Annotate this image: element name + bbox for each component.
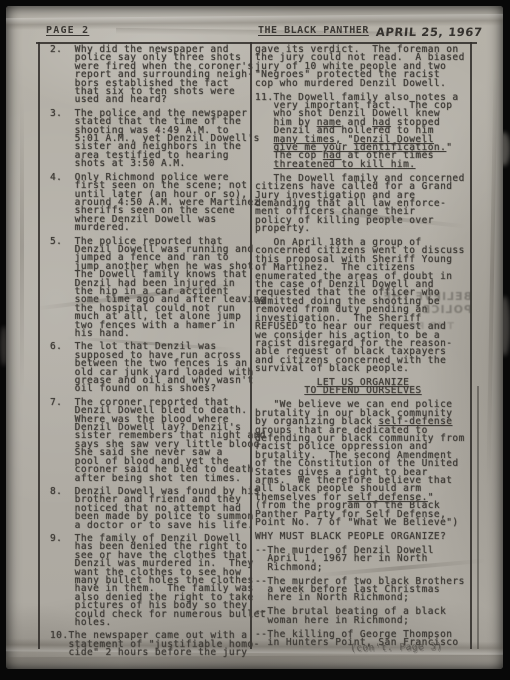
typed-paragraph: "We believe we can end police brutality … bbox=[255, 401, 471, 527]
typed-paragraph: --The murder of Denzil Dowell April 1, 1… bbox=[255, 547, 471, 572]
typed-paragraph: 3. The police and the newspaper stated t… bbox=[50, 110, 254, 169]
typed-paragraph: 11.The Dowell family also notes a very i… bbox=[255, 94, 471, 170]
typed-paragraph: 7. The coroner reported that Denzil Dowe… bbox=[50, 399, 254, 483]
paper-crease bbox=[486, 66, 497, 486]
typed-paragraph: 5. The police reported that Denzil Dowel… bbox=[50, 238, 254, 339]
typed-paragraph: 10.The newspaper came out with a stateme… bbox=[50, 632, 254, 657]
issue-date: APRIL 25, 1967 bbox=[375, 25, 483, 39]
typed-paragraph: 6. The lot that Denzil was supposed to h… bbox=[50, 343, 254, 393]
typed-paragraph: gave its verdict. The foreman on the jur… bbox=[255, 46, 471, 88]
typed-paragraph: WHY MUST BLACK PEOPLE ORGANIZE? bbox=[255, 533, 471, 541]
bleedthrough-line: THE POLICE bbox=[332, 321, 454, 332]
typed-paragraph: --The murder of two black Brothers a wee… bbox=[255, 578, 471, 603]
continued-note: (con't. Page 3) bbox=[350, 641, 443, 654]
page-number-label: PAGE 2 bbox=[46, 25, 89, 36]
bleedthrough-line: BELIEVE THE POLICE bbox=[332, 290, 472, 316]
bleedthrough-text: BELIEVE THE POLICE THE POLICE bbox=[332, 290, 472, 332]
table-border-right-2 bbox=[477, 386, 479, 649]
table-border-left bbox=[38, 42, 40, 649]
typed-paragraph: 2. Why did the newspaper and police say … bbox=[50, 46, 254, 105]
masthead-title: THE BLACK PANTHER bbox=[258, 25, 369, 36]
photo-background: PAGE 2 THE BLACK PANTHER APRIL 25, 1967 … bbox=[0, 0, 510, 680]
typed-paragraph: The Dowell family and concerned citizens… bbox=[255, 175, 471, 234]
right-column: gave its verdict. The foreman on the jur… bbox=[255, 46, 471, 653]
paper-crease bbox=[20, 96, 24, 396]
left-column: 2. Why did the newspaper and police say … bbox=[50, 46, 254, 663]
newspaper-page: PAGE 2 THE BLACK PANTHER APRIL 25, 1967 … bbox=[6, 6, 503, 669]
typed-paragraph: 9. The family of Denzil Dowell has been … bbox=[50, 535, 254, 627]
typed-paragraph: 8. Denzil Dowell was found by his brothe… bbox=[50, 488, 254, 530]
typed-paragraph: LET US ORGANIZE TO DEFEND OURSELVES bbox=[255, 379, 471, 396]
typed-paragraph: 4. Only Richmond police were first seen … bbox=[50, 174, 254, 233]
typed-paragraph: --The brutal beating of a black woman he… bbox=[255, 608, 471, 625]
